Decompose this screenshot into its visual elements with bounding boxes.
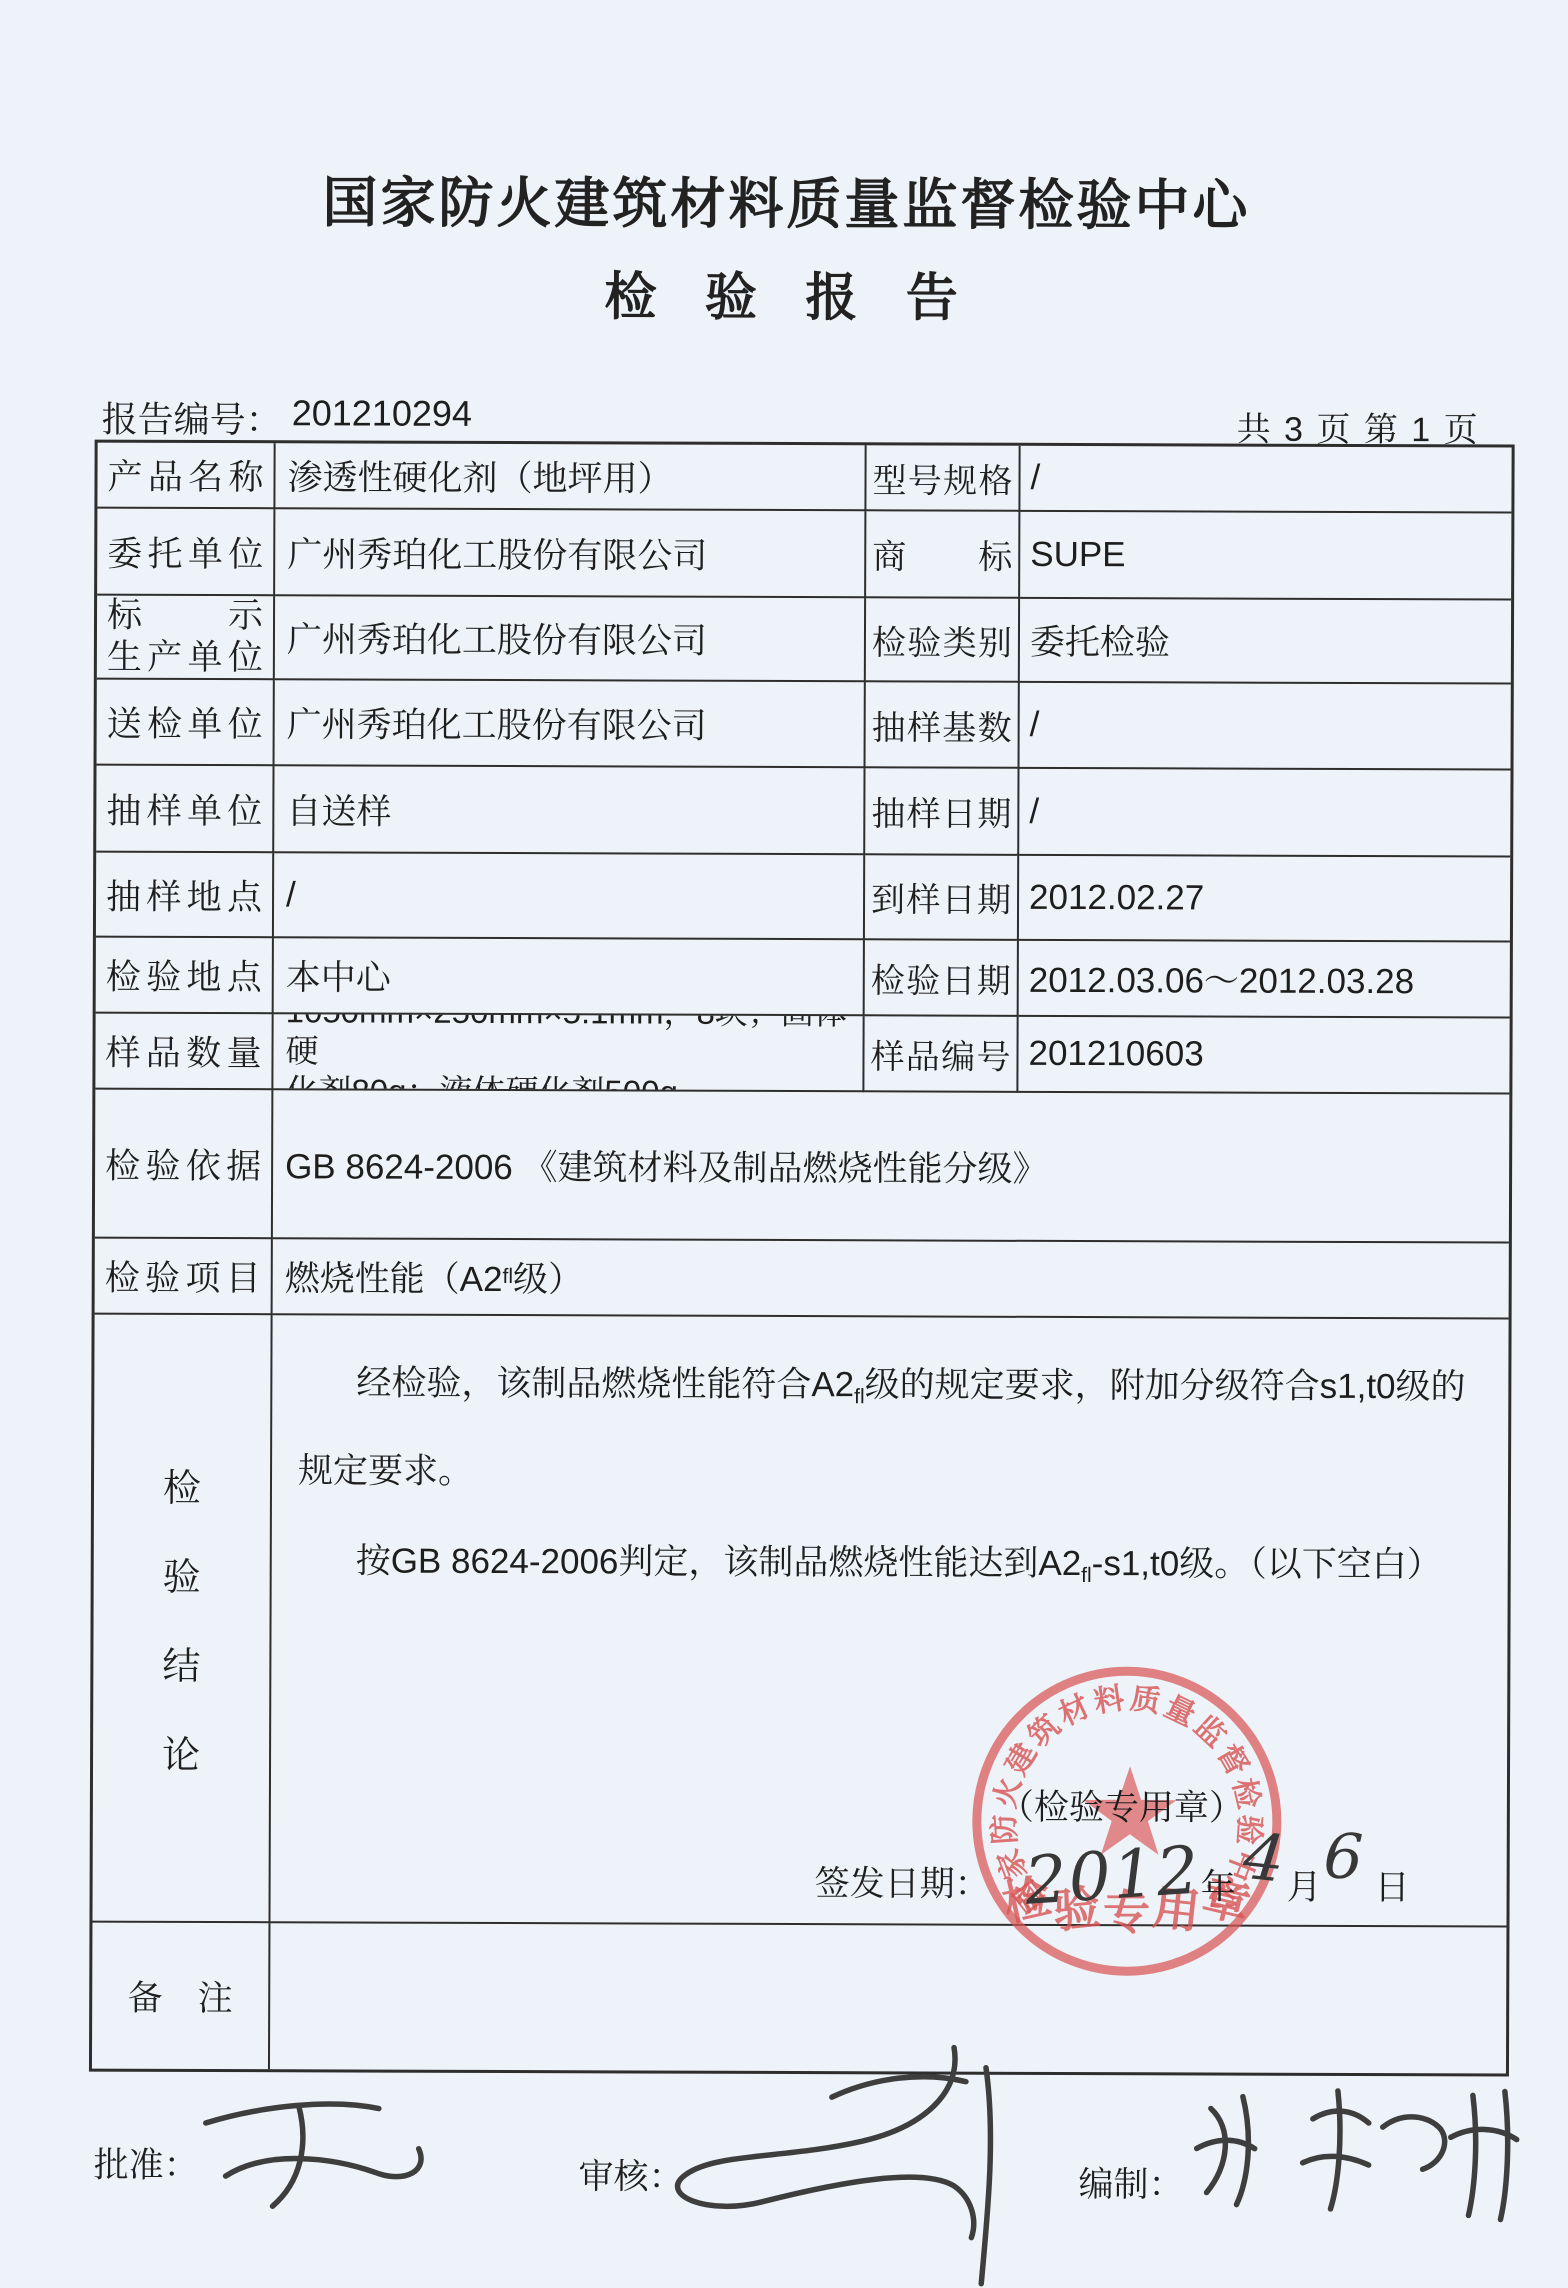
label-client-unit: 委托单位: [97, 509, 275, 597]
handwritten-day: 6: [1322, 1819, 1364, 1893]
prepare-signature: [1180, 2066, 1561, 2242]
label-sample-number: 样品编号: [864, 1016, 1018, 1093]
label-marked-producer: 标 示 生产单位: [97, 596, 275, 681]
label-sampling-date: 抽样日期: [865, 768, 1019, 856]
value-inspection-items: 燃烧性能（A2fl级）: [273, 1239, 1509, 1319]
conclusion-paragraph-1: 经检验，该制品燃烧性能符合A2fl级的规定要求，附加分级符合s1,t0级的规定要…: [298, 1345, 1485, 1513]
label-inspection-place: 检验地点: [96, 938, 274, 1015]
label-inspection-conclusion: 检 验 结 论: [92, 1315, 272, 1924]
value-sampling-place: /: [274, 853, 865, 940]
label-remark: 备 注: [92, 1923, 271, 2070]
label-sampling-base: 抽样基数: [866, 682, 1020, 769]
report-number-value: 201210294: [292, 392, 472, 444]
label-sample-quantity: 样品数量: [95, 1014, 273, 1091]
value-trademark: SUPE: [1020, 512, 1511, 601]
svg-text:质: 质: [1128, 1682, 1163, 1719]
svg-text:料: 料: [1092, 1682, 1126, 1719]
label-sample-arrival-date: 到样日期: [865, 855, 1019, 941]
label-inspection-date: 检验日期: [865, 940, 1019, 1017]
svg-text:材: 材: [1054, 1690, 1095, 1733]
value-inspection-place: 本中心: [274, 938, 865, 1016]
value-inspection-conclusion: 经检验，该制品燃烧性能符合A2fl级的规定要求，附加分级符合s1,t0级的规定要…: [270, 1315, 1508, 1927]
value-marked-producer: 广州秀珀化工股份有限公司: [275, 596, 866, 682]
value-sample-arrival-date: 2012.02.27: [1019, 856, 1510, 943]
label-inspection-items: 检验项目: [95, 1239, 273, 1316]
label-submitting-unit: 送检单位: [97, 680, 275, 767]
year-unit: 年: [1201, 1859, 1236, 1909]
label-sampling-place: 抽样地点: [96, 853, 274, 939]
label-sampling-unit: 抽样单位: [96, 766, 274, 854]
subscript-fl: fl: [1081, 1564, 1092, 1587]
subscript-fl: fl: [503, 1265, 514, 1289]
label-product-name: 产品名称: [97, 443, 275, 510]
label-inspection-category: 检验类别: [866, 598, 1020, 683]
value-inspection-date: 2012.03.06～2012.03.28: [1019, 941, 1510, 1019]
conclusion-paragraph-2: 按GB 8624-2006判定，该制品燃烧性能达到A2fl-s1,t0级。（以下…: [298, 1523, 1484, 1615]
review-signature: [623, 2034, 1024, 2288]
value-model-spec: /: [1020, 446, 1511, 514]
label-trademark: 商 标: [866, 511, 1020, 599]
value-submitting-unit: 广州秀珀化工股份有限公司: [275, 680, 866, 768]
value-sampling-date: /: [1019, 769, 1510, 858]
page-title: 国家防火建筑材料质量监督检验中心: [2, 157, 1568, 241]
approve-signature: [180, 2078, 481, 2249]
report-number-label: 报告编号：: [102, 392, 282, 444]
value-sample-quantity: 1050mm×250mm×5.1mm，8块；固体硬 化剂80g；液体硬化剂500…: [273, 1014, 864, 1092]
report-number-line: 报告编号： 201210294: [102, 392, 472, 444]
subscript-fl: fl: [854, 1385, 865, 1408]
handwritten-month: 4: [1240, 1820, 1288, 1898]
label-inspection-basis: 检验依据: [95, 1090, 274, 1240]
page-subtitle: 检 验 报 告: [2, 252, 1568, 332]
value-sampling-base: /: [1020, 683, 1511, 771]
value-sampling-unit: 自送样: [274, 766, 865, 855]
stamp-caption-text: （检验专用章）: [999, 1780, 1244, 1831]
value-product-name: 渗透性硬化剂（地坪用）: [275, 443, 866, 511]
value-sample-number: 201210603: [1018, 1017, 1509, 1095]
day-unit: 日: [1375, 1860, 1410, 1910]
month-unit: 月: [1287, 1860, 1322, 1910]
report-sheet: 国家防火建筑材料质量监督检验中心 检 验 报 告 报告编号： 201210294…: [0, 0, 1568, 2288]
value-inspection-category: 委托检验: [1020, 599, 1511, 685]
issue-date-label: 签发日期：: [815, 1856, 990, 1907]
prepare-label: 编制：: [1078, 2157, 1183, 2207]
value-client-unit: 广州秀珀化工股份有限公司: [275, 509, 866, 598]
value-inspection-basis: GB 8624-2006 《建筑材料及制品燃烧性能分级》: [273, 1090, 1510, 1243]
handwritten-year: 2012: [1022, 1831, 1203, 1919]
label-model-spec: 型号规格: [866, 445, 1020, 512]
scanned-inspection-report-page: 国家防火建筑材料质量监督检验中心 检 验 报 告 报告编号： 201210294…: [0, 0, 1568, 2288]
